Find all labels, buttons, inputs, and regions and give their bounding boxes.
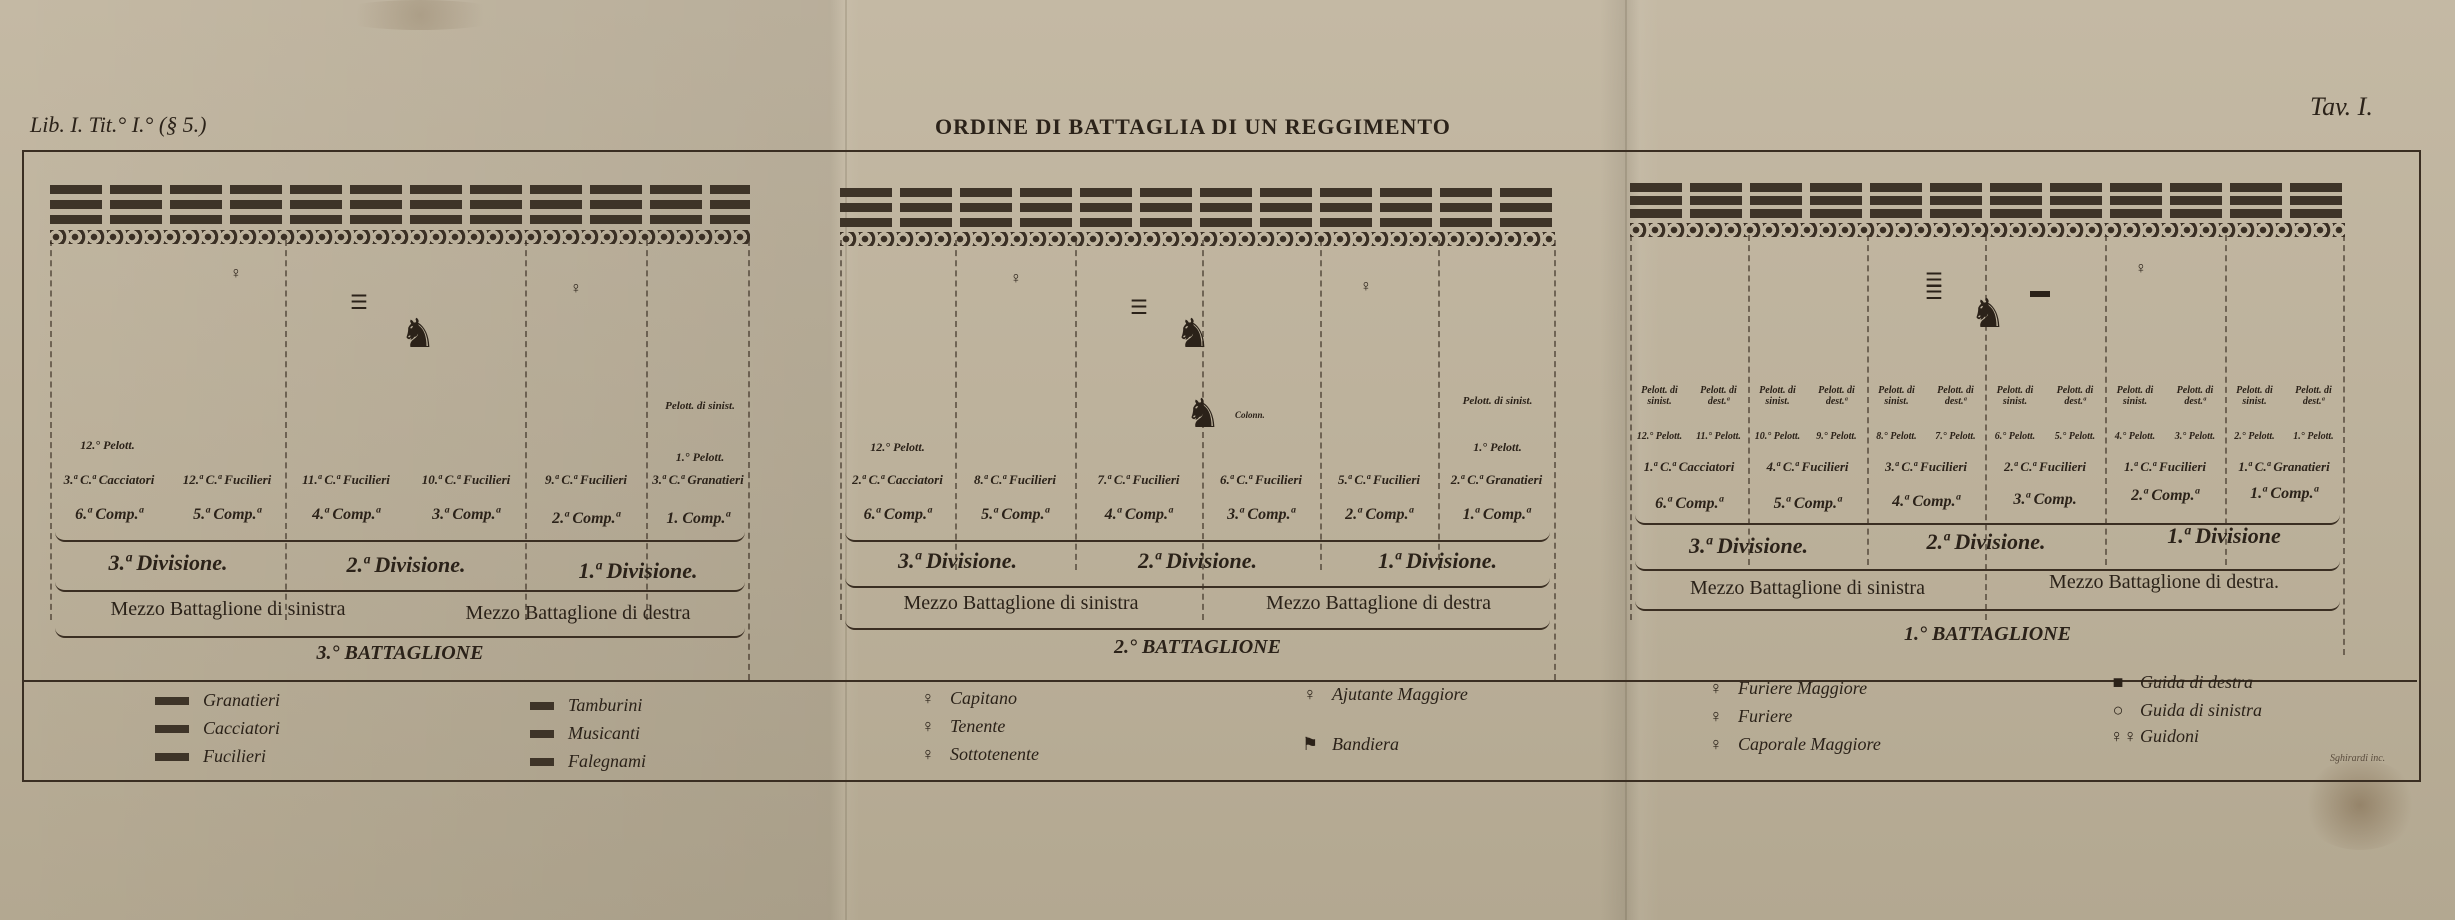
company-type: 9.ª C.ª Fucilieri <box>526 472 646 488</box>
company-type: 1.ª C.ª Granatieri <box>2225 459 2343 475</box>
battalion-2-panel: ♀ ♀ ☰ ♞ ♞ Colonn. 12.° Pelott. Pelott. d… <box>840 180 1555 660</box>
division-label: 2.ª Divisione. <box>1075 548 1320 574</box>
platoon-side-label: Pelott. di dest.ª <box>1807 385 1866 407</box>
engraver-signature: Sghirardi inc. <box>2330 753 2385 764</box>
legend-divider <box>22 680 2417 682</box>
rank-front <box>50 185 750 194</box>
cacciatori-swatch-icon <box>155 725 189 733</box>
bandiera-symbol-icon: ⚑ <box>1302 734 1318 755</box>
legend-capitano: ♀ Capitano <box>920 688 1017 709</box>
music-band-icon: ☰☰ <box>1925 275 1943 299</box>
platoon-label: 11.° Pelott. <box>1689 431 1748 442</box>
half-battalion-brace <box>845 620 1550 630</box>
platoon-side-label: Pelott. di sinist. <box>1867 385 1926 407</box>
company-label: 4.ª Comp.ª <box>1075 506 1202 524</box>
rank-middle <box>50 200 750 209</box>
tenente-symbol-icon: ♀ <box>920 716 936 737</box>
platoon-label: 1.° Pelott. <box>650 450 750 465</box>
company-brace <box>845 532 1550 542</box>
half-battalion-brace <box>1635 601 2340 611</box>
company-label: 1. Comp.ª <box>646 510 750 528</box>
page-title: ORDINE DI BATTAGLIA DI UN REGGIMENTO <box>935 114 1451 140</box>
rank-front <box>1630 183 2345 192</box>
company-label: 2.ª Comp.ª <box>1320 506 1438 524</box>
legend-musicanti: Musicanti <box>530 723 640 744</box>
battalion-name: 3.° BATTAGLIONE <box>50 642 750 665</box>
division-label: 1.ª Divisione. <box>1320 548 1555 574</box>
mounted-officer-icon: ♞ <box>400 310 436 357</box>
platoon-side-label: Pelott. di sinist. <box>2225 385 2284 407</box>
battalion-name: 1.° BATTAGLIONE <box>1630 623 2345 646</box>
platoon-side-label: Pelott. di sinist. <box>2105 385 2165 407</box>
platoon-label: 12.° Pelott. <box>1630 431 1689 442</box>
legend-guidoni: ♀♀ Guidoni <box>2110 726 2199 747</box>
company-label: 3.ª Comp. <box>1985 491 2105 509</box>
divider <box>1630 235 1632 620</box>
platoon-side-label: Pelott. di sinist. <box>1440 395 1555 407</box>
platoon-label: 6.° Pelott. <box>1985 431 2045 442</box>
battalion-3-panel: ♀ ♀ ☰ ♞ 12.° Pelott. Pelott. di sinist. … <box>50 180 750 660</box>
company-brace <box>55 532 745 542</box>
file-closers <box>1630 223 2345 237</box>
tamburini-swatch-icon <box>530 702 554 710</box>
colonel-label: Colonn. <box>1235 410 1265 420</box>
division-brace <box>845 578 1550 588</box>
half-battalion-left: Mezzo Battaglione di sinistra <box>50 598 406 621</box>
company-type: 4.ª C.ª Fucilieri <box>1748 459 1867 475</box>
granatieri-swatch-icon <box>155 697 189 705</box>
platoon-side-label: Pelott. di dest.ª <box>1689 385 1748 407</box>
capitano-symbol: ♀ <box>570 280 582 298</box>
legend-tamburini: Tamburini <box>530 695 642 716</box>
half-battalion-right: Mezzo Battaglione di destra <box>1202 592 1555 615</box>
furiere-symbol-icon: ♀ <box>1708 706 1724 727</box>
legend-ajutante: ♀ Ajutante Maggiore <box>1302 684 1468 705</box>
drummers-icon: ☰ <box>1130 295 1148 320</box>
company-label: 4.ª Comp.ª <box>1867 493 1985 511</box>
company-label: 6.ª Comp.ª <box>1630 495 1748 513</box>
company-label: 6.ª Comp.ª <box>840 506 955 524</box>
division-label: 3.ª Divisione. <box>840 548 1075 574</box>
battalion-1-panel: ☰☰ ♞ ▬ ♀ Pelott. di sinist. Pelott. di d… <box>1630 165 2345 645</box>
platoon-label: 8.° Pelott. <box>1867 431 1926 442</box>
capitano-symbol: ♀ <box>1360 278 1372 296</box>
legend-granatieri: Granatieri <box>155 690 280 711</box>
platoon-side-label: Pelott. di dest.ª <box>1926 385 1985 407</box>
platoon-side-label: Pelott. di dest.ª <box>2165 385 2225 407</box>
rank-rear <box>840 218 1555 227</box>
rank-rear <box>50 215 750 224</box>
platoon-side-label: Pelott. di sinist. <box>1630 385 1689 407</box>
rank-middle <box>1630 196 2345 205</box>
division-label: 3.ª Divisione. <box>1630 533 1867 559</box>
guidoni-symbol-icon: ♀♀ <box>2110 726 2126 747</box>
company-type: 7.ª C.ª Fucilieri <box>1075 472 1202 488</box>
plate-number: Tav. I. <box>2310 92 2373 122</box>
company-type: 5.ª C.ª Fucilieri <box>1320 472 1438 488</box>
platoon-label: 4.° Pelott. <box>2105 431 2165 442</box>
platoon-side-label: Pelott. di dest.ª <box>2045 385 2105 407</box>
company-type: 11.ª C.ª Fucilieri <box>286 472 406 488</box>
furiere-maggiore-symbol-icon: ♀ <box>1708 678 1724 699</box>
falegnami-swatch-icon <box>530 758 554 766</box>
company-type: 10.ª C.ª Fucilieri <box>406 472 526 488</box>
company-type: 8.ª C.ª Fucilieri <box>955 472 1075 488</box>
company-type: 1.ª C.ª Cacciatori <box>1630 459 1748 475</box>
platoon-label: 1.° Pelott. <box>1440 440 1555 455</box>
capitano-symbol-icon: ♀ <box>920 688 936 709</box>
capitano-symbol: ♀ <box>1010 270 1022 288</box>
platoon-label: 10.° Pelott. <box>1748 431 1807 442</box>
platoon-label: 3.° Pelott. <box>2165 431 2225 442</box>
platoon-label: 9.° Pelott. <box>1807 431 1866 442</box>
guida-sinistra-symbol-icon: ○ <box>2110 700 2126 721</box>
file-closers <box>50 230 750 244</box>
legend-tenente: ♀ Tenente <box>920 716 1005 737</box>
divider <box>2343 235 2345 655</box>
half-battalion-right: Mezzo Battaglione di destra <box>406 602 750 625</box>
legend-bandiera: ⚑ Bandiera <box>1302 734 1399 755</box>
company-type: 3.ª C.ª Cacciatori <box>50 472 168 488</box>
rank-rear <box>1630 209 2345 218</box>
legend-sottotenente: ♀ Sottotenente <box>920 744 1039 765</box>
platoon-side-label: Pelott. di sinist. <box>1985 385 2045 407</box>
company-label: 5.ª Comp.ª <box>168 506 286 524</box>
colonel-icon: ♞ <box>1185 390 1221 437</box>
platoon-label: 1.° Pelott. <box>2284 431 2343 442</box>
division-label: 3.ª Divisione. <box>50 550 286 576</box>
stain <box>330 0 510 30</box>
platoon-side-label: Pelott. di dest.ª <box>2284 385 2343 407</box>
half-battalion-right: Mezzo Battaglione di destra. <box>1985 571 2343 594</box>
flag-guard-icon: ▬ <box>2030 280 2050 303</box>
platoon-label: 5.° Pelott. <box>2045 431 2105 442</box>
guida-destra-symbol-icon: ■ <box>2110 672 2126 693</box>
platoon-label: 2.° Pelott. <box>2225 431 2284 442</box>
file-closers <box>840 232 1555 246</box>
division-brace <box>1635 561 2340 571</box>
platoon-side-label: Pelott. di sinist. <box>650 400 750 412</box>
legend-guida-sinistra: ○ Guida di sinistra <box>2110 700 2262 721</box>
company-type: 3.ª C.ª Granatieri <box>646 472 750 488</box>
division-label: 2.ª Divisione. <box>1867 529 2105 555</box>
legend-furiere-maggiore: ♀ Furiere Maggiore <box>1708 678 1867 699</box>
legend-guida-destra: ■ Guida di destra <box>2110 672 2253 693</box>
company-type: 3.ª C.ª Fucilieri <box>1867 459 1985 475</box>
platoon-label: 7.° Pelott. <box>1926 431 1985 442</box>
book-reference: Lib. I. Tit.° I.° (§ 5.) <box>30 112 207 138</box>
half-battalion-left: Mezzo Battaglione di sinistra <box>1630 577 1985 600</box>
platoon-label: 12.° Pelott. <box>50 438 165 453</box>
rank-middle <box>840 203 1555 212</box>
legend-fucilieri: Fucilieri <box>155 746 266 767</box>
battalion-name: 2.° BATTAGLIONE <box>840 636 1555 659</box>
company-label: 3.ª Comp.ª <box>406 506 526 524</box>
company-type: 2.ª C.ª Fucilieri <box>1985 459 2105 475</box>
sottotenente-symbol-icon: ♀ <box>920 744 936 765</box>
legend-caporale-maggiore: ♀ Caporale Maggiore <box>1708 734 1881 755</box>
company-type: 6.ª C.ª Fucilieri <box>1202 472 1320 488</box>
division-label: 2.ª Divisione. <box>286 552 526 578</box>
company-type: 12.ª C.ª Fucilieri <box>168 472 286 488</box>
caporale-maggiore-symbol-icon: ♀ <box>1708 734 1724 755</box>
company-label: 5.ª Comp.ª <box>1748 495 1867 513</box>
company-label: 1.ª Comp.ª <box>2225 485 2343 503</box>
company-label: 4.ª Comp.ª <box>286 506 406 524</box>
company-label: 5.ª Comp.ª <box>955 506 1075 524</box>
legend-cacciatori: Cacciatori <box>155 718 280 739</box>
half-battalion-brace <box>55 628 745 638</box>
division-brace <box>55 582 745 592</box>
mounted-officer-icon: ♞ <box>1175 310 1211 357</box>
half-battalion-left: Mezzo Battaglione di sinistra <box>840 592 1202 615</box>
company-type: 2.ª C.ª Cacciatori <box>840 472 955 488</box>
company-label: 6.ª Comp.ª <box>50 506 168 524</box>
company-label: 1.ª Comp.ª <box>1438 506 1555 524</box>
mounted-officer-icon: ♞ <box>1970 290 2006 337</box>
ajutante-symbol-icon: ♀ <box>1302 684 1318 705</box>
platoon-label: 12.° Pelott. <box>840 440 955 455</box>
capitano-symbol: ♀ <box>230 265 242 283</box>
capitano-symbol: ♀ <box>2135 260 2147 278</box>
company-type: 1.ª C.ª Fucilieri <box>2105 459 2225 475</box>
company-label: 2.ª Comp.ª <box>2105 487 2225 505</box>
division-label: 1.ª Divisione <box>2105 523 2343 549</box>
company-label: 3.ª Comp.ª <box>1202 506 1320 524</box>
legend-furiere: ♀ Furiere <box>1708 706 1792 727</box>
legend-falegnami: Falegnami <box>530 751 646 772</box>
musicanti-swatch-icon <box>530 730 554 738</box>
company-label: 2.ª Comp.ª <box>526 510 646 528</box>
company-type: 2.ª C.ª Granatieri <box>1438 472 1555 488</box>
rank-front <box>840 188 1555 197</box>
platoon-side-label: Pelott. di sinist. <box>1748 385 1807 407</box>
division-label: 1.ª Divisione. <box>526 558 750 584</box>
drummers-icon: ☰ <box>350 290 368 315</box>
fucilieri-swatch-icon <box>155 753 189 761</box>
